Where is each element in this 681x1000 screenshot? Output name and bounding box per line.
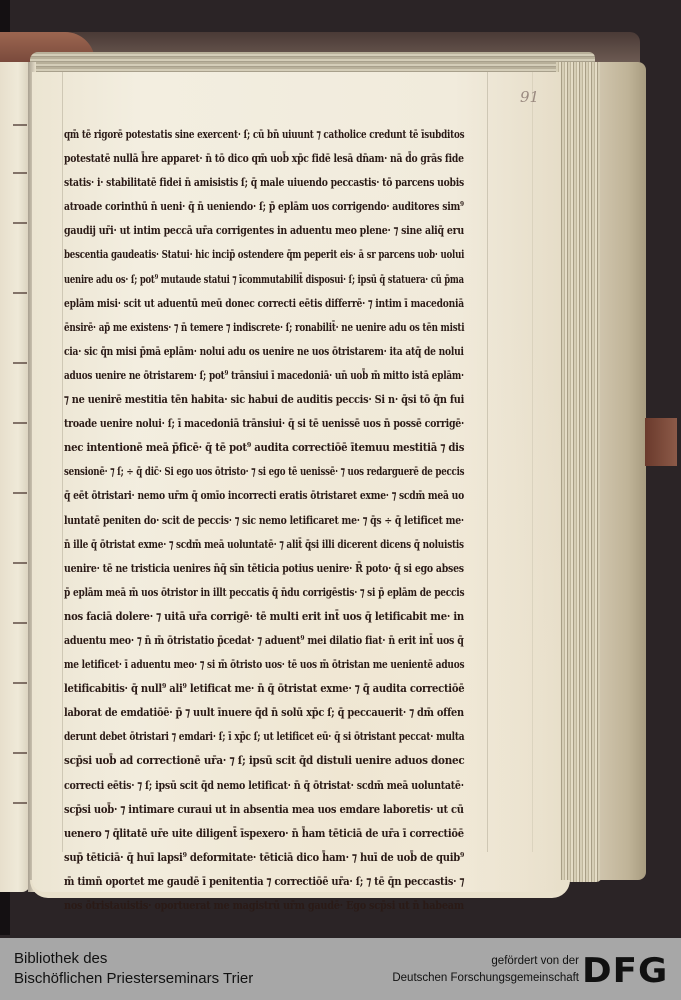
manuscript-line: uenire· tē ne tristicia uenires n̄q̄ sīn… xyxy=(64,556,395,580)
manuscript-line: nos faciā dolere· ⁊ uitā ur̄a corrigē· t… xyxy=(64,604,421,628)
library-name: Bibliothek des Bischöflichen Priestersem… xyxy=(14,949,253,989)
manuscript-line: ēnsirē· ap̄ me existens· ⁊ n̄ temere ⁊ i… xyxy=(64,315,374,339)
library-line-2: Bischöflichen Priesterseminars Trier xyxy=(14,969,253,989)
manuscript-line: correcti eētis· ⁊ ſ; ipsū scit q̄d nemo … xyxy=(64,773,400,797)
library-line-1: Bibliothek des xyxy=(14,949,253,969)
manuscript-line: ⁊ ne uenirē mestitia tēn habita· sic hab… xyxy=(64,387,409,411)
manuscript-line: n̄ ille q̄ ōtristat exme· ⁊ scdm̄ meā uo… xyxy=(64,532,379,556)
manuscript-line: cia· sic q̄n misi p̄mā eplām· nolui adu … xyxy=(64,339,386,363)
manuscript-line: eplām misi· scit ut aduentū meū donec co… xyxy=(64,291,387,315)
manuscript-line: nos ōtristauistis· oportuerat me magistr… xyxy=(64,893,408,917)
footer: Bibliothek des Bischöflichen Priestersem… xyxy=(0,938,681,1000)
manuscript-scan: 91 qm̄ tē rigorē potestatis sine exercen… xyxy=(0,0,681,935)
manuscript-line: troade uenire nolui· ſ; ī macedoniā trān… xyxy=(64,411,397,435)
manuscript-line: luntatē peniten do· scit de peccis· ⁊ si… xyxy=(64,508,393,532)
funding-note: gefördert von der Deutschen Forschungsge… xyxy=(392,953,579,987)
funding-line-1: gefördert von der xyxy=(392,953,579,970)
left-page-fragment xyxy=(0,62,30,892)
manuscript-line: aduentu meo· ⁊ n̄ m̄ ōtristatio p̄cedat·… xyxy=(64,628,399,652)
manuscript-line: bescentia gaudeatis· Statui· hic incip̄ … xyxy=(64,242,369,266)
book-cover-edge xyxy=(600,62,646,880)
manuscript-line: scp̄si uob̄· ⁊ intimare curaui ut in abs… xyxy=(64,797,416,821)
clasp-strap xyxy=(645,418,677,466)
manuscript-line: nec intentionē meā p̄ficē· q̄ tē pot⁹ au… xyxy=(64,435,422,459)
manuscript-line: aduos uenire ne ōtristarem· ſ; pot⁹ trān… xyxy=(64,363,378,387)
folio-number: 91 xyxy=(520,88,539,106)
funding-line-2: Deutschen Forschungsgemeinschaft xyxy=(392,970,579,987)
dfg-logo-icon: DFG xyxy=(582,954,668,988)
manuscript-line: derunt debet ōtristari ⁊ emdari· ſ; ī xp… xyxy=(64,724,382,748)
manuscript-line: laborat de emdatiōē· p̄ ⁊ uult īnuere q̄… xyxy=(64,700,410,724)
manuscript-line: uenero ⁊ q̄litatē ur̄e uite diligent̄ īs… xyxy=(64,821,416,845)
fore-edge-pages xyxy=(556,62,602,882)
manuscript-line: scp̄si uob̄ ad correctionē ur̄a· ⁊ ſ; ip… xyxy=(64,748,432,772)
manuscript-line: uenire adu os· ſ; pot⁹ mutaude statui ⁊ … xyxy=(64,267,362,291)
manuscript-line: letificabitis· q̄ null⁹ ali⁹ letificat m… xyxy=(64,676,417,700)
manuscript-text: qm̄ tē rigorē potestatis sine exercent· … xyxy=(64,122,474,917)
manuscript-line: sensionē· ⁊ ſ; ÷ q̄ dic̄· Si ego uos ōtr… xyxy=(64,459,371,483)
manuscript-line: potestatē nullā h̄re apparet· n̄ tō dico… xyxy=(64,146,391,170)
manuscript-line: q̄ eēt ōtristari· nemo ur̄m q̄ omīo inco… xyxy=(64,483,389,507)
manuscript-line: qm̄ tē rigorē potestatis sine exercent· … xyxy=(64,122,375,146)
manuscript-line: m̄ timn̄ oportet me gaudē ī penitentia ⁊… xyxy=(64,869,413,893)
manuscript-line: sup̄ tēticiā· q̄ huī lapsi⁹ deformitate·… xyxy=(64,845,417,869)
manuscript-line: gaudij ur̄i· ut intim peccā ur̄a corrige… xyxy=(64,218,398,242)
manuscript-line: me letificet· ī aduentu meo· ⁊ si m̄ ōtr… xyxy=(64,652,382,676)
manuscript-line: atroade corinthū n̄ ueni· q̄ n̄ ueniendo… xyxy=(64,194,391,218)
manuscript-line: statis· i· stabilitatē fidei n̄ amisisti… xyxy=(64,170,391,194)
manuscript-line: p̄ eplām meā m̄ uos ōtristor in illt pec… xyxy=(64,580,383,604)
